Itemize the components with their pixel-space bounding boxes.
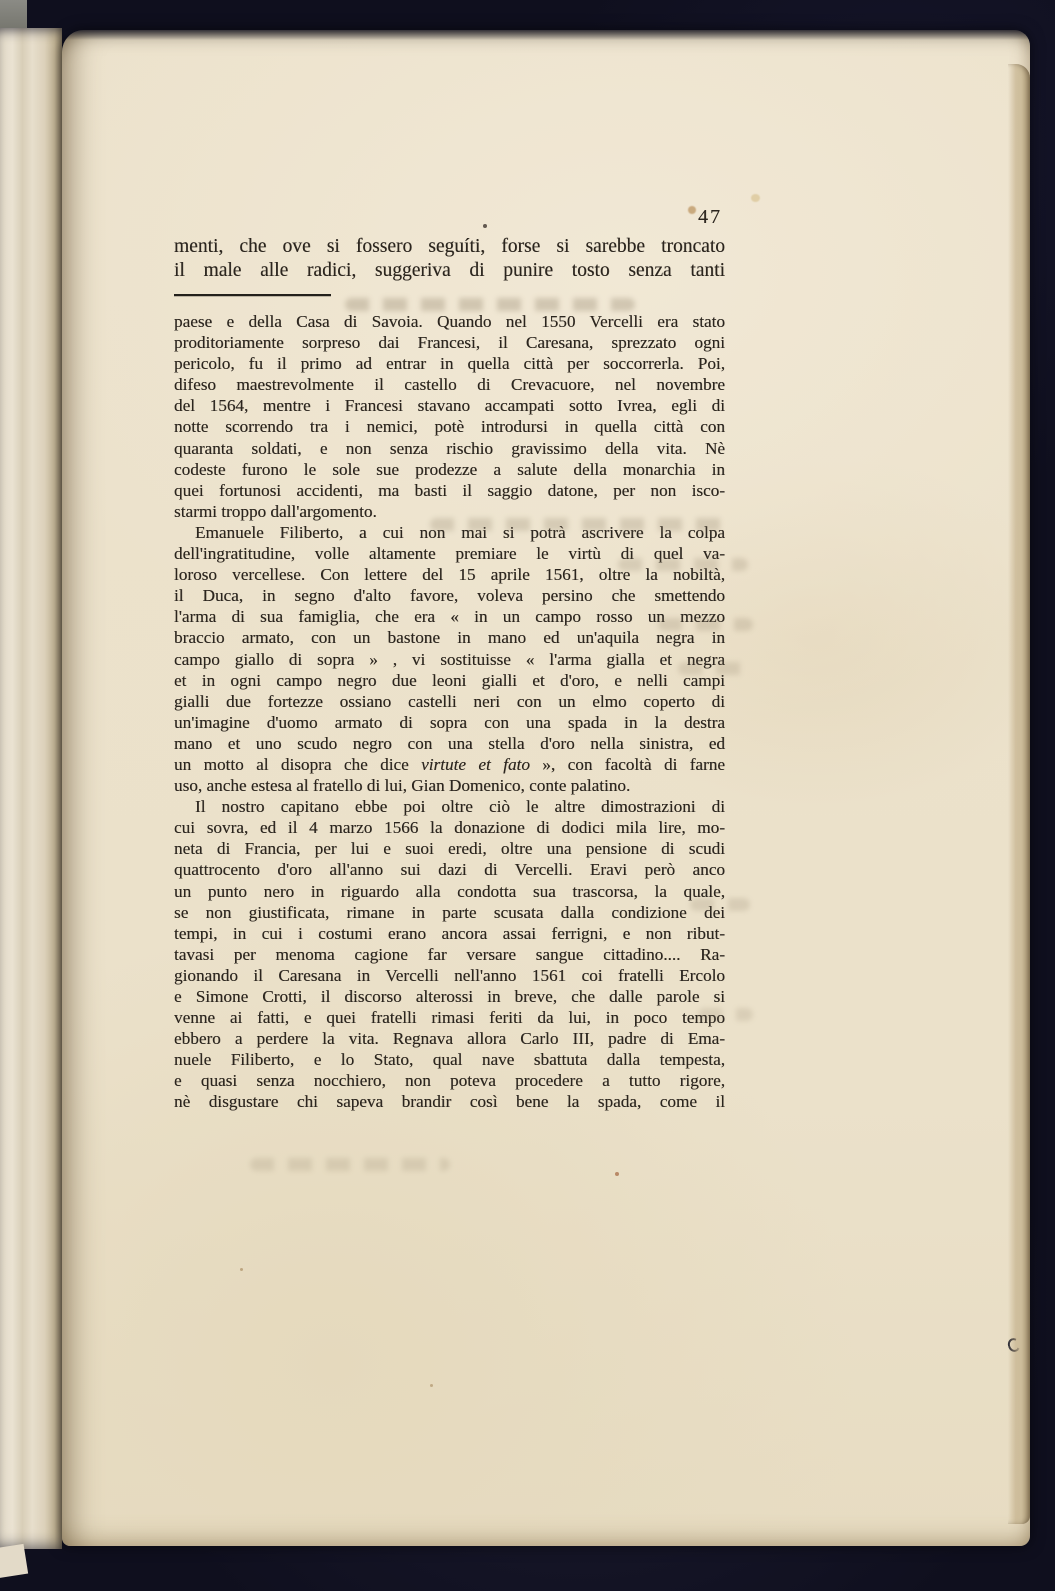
text-line: l'arma di sua famiglia, che era « in un … [174,606,725,627]
page-number: 47 [698,206,722,229]
foxing-spot [688,206,696,214]
text-line: Il nostro capitano ebbe poi oltre ciò le… [174,796,725,817]
text-line: paese e della Casa di Savoia. Quando nel… [174,311,725,332]
text-line: braccio armato, con un bastone in mano e… [174,627,725,648]
body-text: menti, che ove si fossero seguíti, forse… [174,235,725,282]
bleedthrough-smudge [345,298,635,311]
footnote-separator-rule [174,294,331,296]
foxing-spot [430,1384,433,1387]
ink-speck [615,1172,619,1176]
scanned-book-photo: { "colors":{ "bg":"#0f0f1e", "paper":"#e… [0,0,1055,1591]
text-line: e Simone Crotti, il discorso alterossi i… [174,986,725,1007]
bleedthrough-smudge [430,518,730,531]
ink-speck [483,224,487,228]
text-line: mano et uno scudo negro con una stella d… [174,733,725,754]
text-line: se non giustificata, rimane in parte scu… [174,902,725,923]
text-line: notte scorrendo tra i nemici, potè intro… [174,416,725,437]
text-line: il male alle radici, suggeriva di punire… [174,259,725,283]
text-line: venne ai fatti, e quei fratelli rimasi f… [174,1007,725,1028]
text-line: nè disgustare chi sapeva brandir così be… [174,1091,725,1112]
bleedthrough-smudge [698,1008,753,1021]
text-line: un'imagine d'uomo armato di sopra con un… [174,712,725,733]
page-corner-sliver [0,1544,28,1578]
facing-page-edge [0,28,62,1549]
text-line: campo giallo di sopra » , vi sostituisse… [174,649,725,670]
text-line: quei fortunosi accidenti, ma basti il sa… [174,480,725,501]
text-line: gialli due fortezze ossiano castelli ner… [174,691,725,712]
text-line: quattrocento d'oro all'anno sui dazi di … [174,859,725,880]
text-line: ebbero a perdere la vita. Regnava allora… [174,1028,725,1049]
text-line: cui sovra, ed il 4 marzo 1566 la donazio… [174,817,725,838]
text-line: codeste furono le sole sue prodezze a sa… [174,459,725,480]
text-line: del 1564, mentre i Francesi stavano acca… [174,395,725,416]
fore-edge [1008,64,1030,1524]
text-line: nuele Filiberto, e lo Stato, qual nave s… [174,1049,725,1070]
text-line: proditoriamente sorpreso dai Francesi, i… [174,332,725,353]
text-line: tavasi per menoma cagione far versare sa… [174,944,725,965]
bleedthrough-smudge [618,558,748,571]
text-line: e quasi senza nocchiero, non poteva proc… [174,1070,725,1091]
text-line: uso, anche estesa al fratello di lui, Gi… [174,775,725,796]
foxing-spot [751,194,760,202]
text-line: neta di Francia, per lui e suoi eredi, o… [174,838,725,859]
bleedthrough-smudge [690,898,750,911]
text-line: gionando il Caresana in Vercelli nell'an… [174,965,725,986]
bleedthrough-smudge [250,1158,450,1171]
foxing-spot [240,1268,243,1271]
text-line: pericolo, fu il primo ad entrar in quell… [174,353,725,374]
text-line: difeso maestrevolmente il castello di Cr… [174,374,725,395]
text-line: tempi, in cui i costumi erano ancora ass… [174,923,725,944]
text-line: un punto nero in riguardo alla condotta … [174,881,725,902]
text-line: il Duca, in segno d'alto favore, voleva … [174,585,725,606]
bleedthrough-smudge [658,618,753,631]
book-page: 47 menti, che ove si fossero seguíti, fo… [62,30,1030,1546]
text-line: et in ogni campo negro due leoni gialli … [174,670,725,691]
footnote-text: paese e della Casa di Savoia. Quando nel… [174,311,725,1113]
text-line: un motto al disopra che dice virtute et … [174,754,725,775]
bleedthrough-smudge [678,662,750,675]
text-line: quaranta soldati, e non senza rischio gr… [174,438,725,459]
text-line: menti, che ove si fossero seguíti, forse… [174,235,725,259]
